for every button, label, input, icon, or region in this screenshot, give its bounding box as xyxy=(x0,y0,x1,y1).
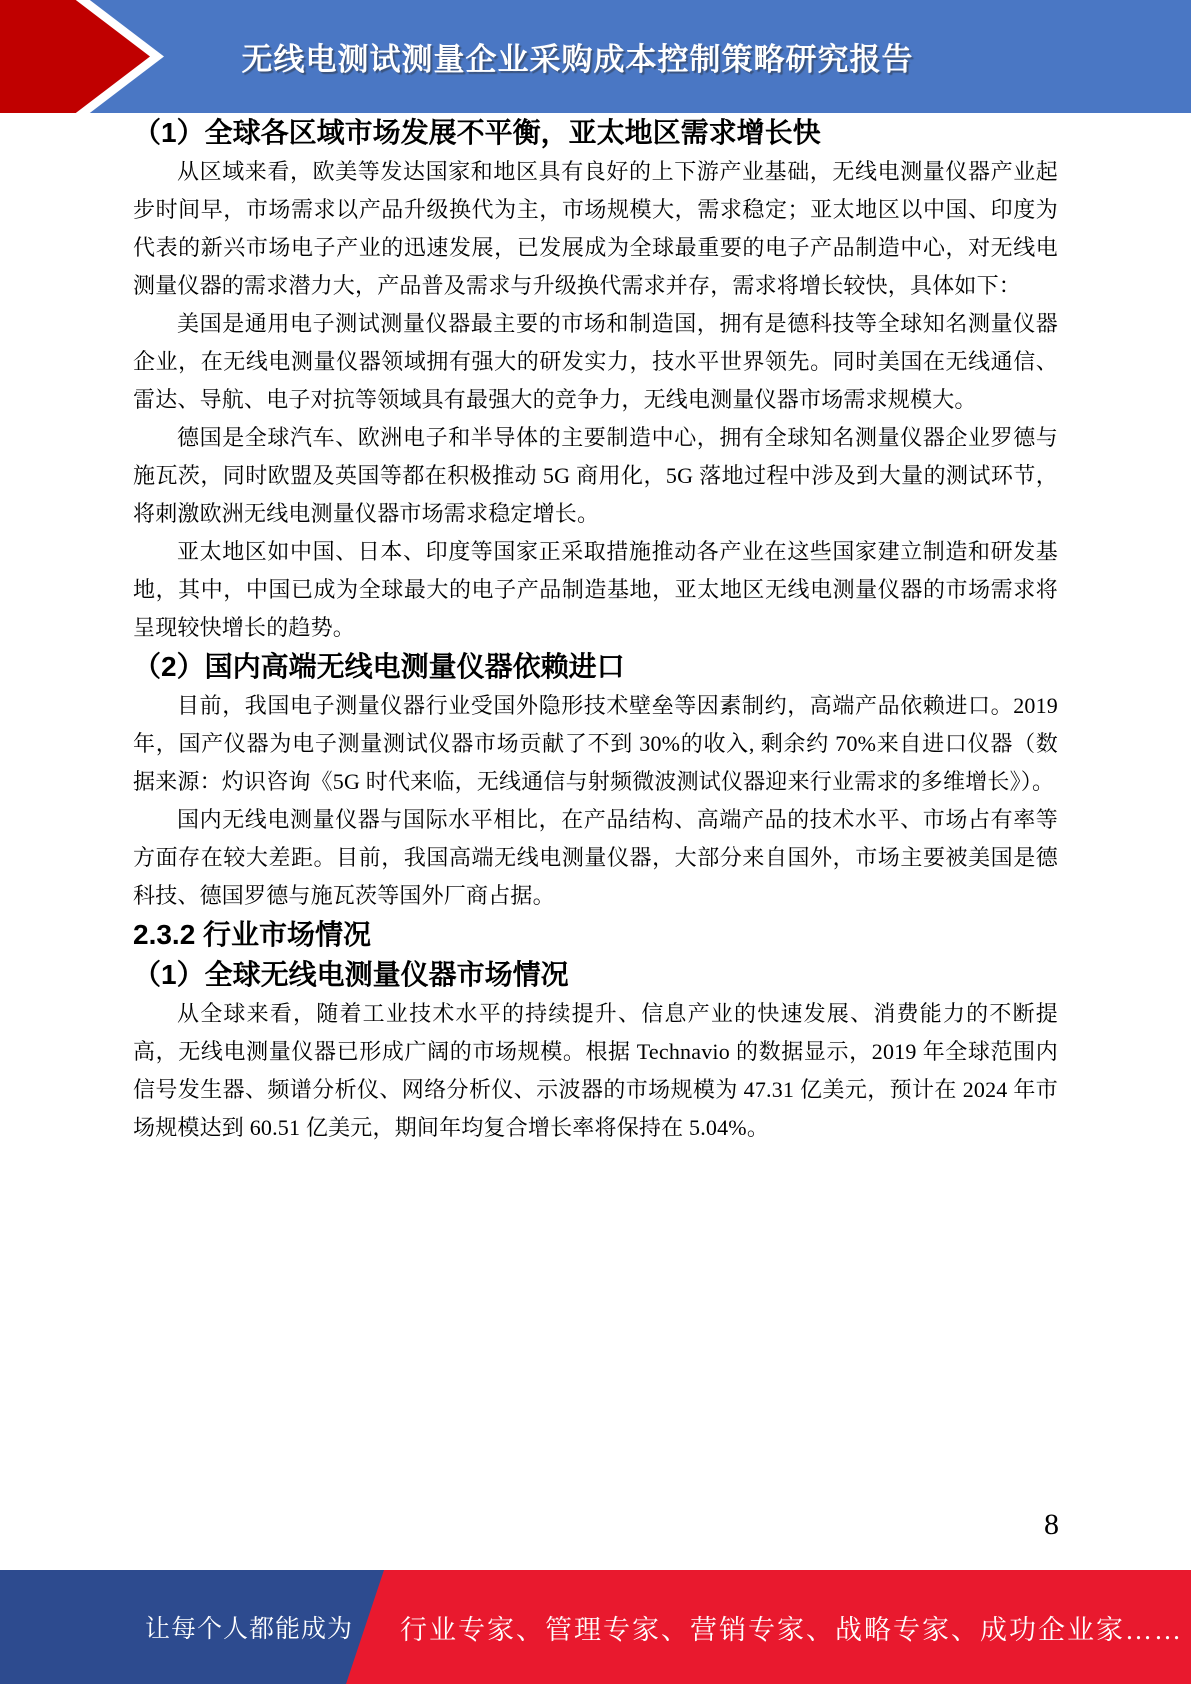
paragraph-global-market: 从全球来看，随着工业技术水平的持续提升、信息产业的快速发展、消费能力的不断提高，… xyxy=(133,995,1058,1147)
report-title: 无线电测试测量企业采购成本控制策略研究报告 xyxy=(0,0,1155,113)
paragraph-germany: 德国是全球汽车、欧洲电子和半导体的主要制造中心，拥有全球知名测量仪器企业罗德与施… xyxy=(133,419,1058,533)
header-banner: 无线电测试测量企业采购成本控制策略研究报告 xyxy=(0,0,1191,113)
paragraph-domestic-gap: 国内无线电测量仪器与国际水平相比，在产品结构、高端产品的技术水平、市场占有率等方… xyxy=(133,801,1058,915)
page-number: 8 xyxy=(1044,1508,1059,1542)
section-heading-region-market: （1）全球各区域市场发展不平衡，亚太地区需求增长快 xyxy=(133,113,1058,153)
paragraph-region-overview: 从区域来看，欧美等发达国家和地区具有良好的上下游产业基础，无线电测量仪器产业起步… xyxy=(133,153,1058,305)
paragraph-domestic-import: 目前，我国电子测量仪器行业受国外隐形技术壁垒等因素制约，高端产品依赖进口。201… xyxy=(133,687,1058,801)
footer-slogan-left: 让每个人都能成为 xyxy=(145,1570,353,1684)
paragraph-usa: 美国是通用电子测试测量仪器最主要的市场和制造国，拥有是德科技等全球知名测量仪器企… xyxy=(133,305,1058,419)
paragraph-asia-pacific: 亚太地区如中国、日本、印度等国家正采取措施推动各产业在这些国家建立制造和研发基地… xyxy=(133,533,1058,647)
section-heading-global-market: （1）全球无线电测量仪器市场情况 xyxy=(133,955,1058,995)
document-body: （1）全球各区域市场发展不平衡，亚太地区需求增长快 从区域来看，欧美等发达国家和… xyxy=(0,113,1191,1147)
footer-banner: 让每个人都能成为 行业专家、管理专家、营销专家、战略专家、成功企业家…… xyxy=(0,1570,1191,1684)
section-heading-industry-market: 2.3.2 行业市场情况 xyxy=(133,915,1058,955)
section-heading-domestic-import: （2）国内高端无线电测量仪器依赖进口 xyxy=(133,647,1058,687)
footer-slogan-right: 行业专家、管理专家、营销专家、战略专家、成功企业家…… xyxy=(400,1570,1183,1684)
